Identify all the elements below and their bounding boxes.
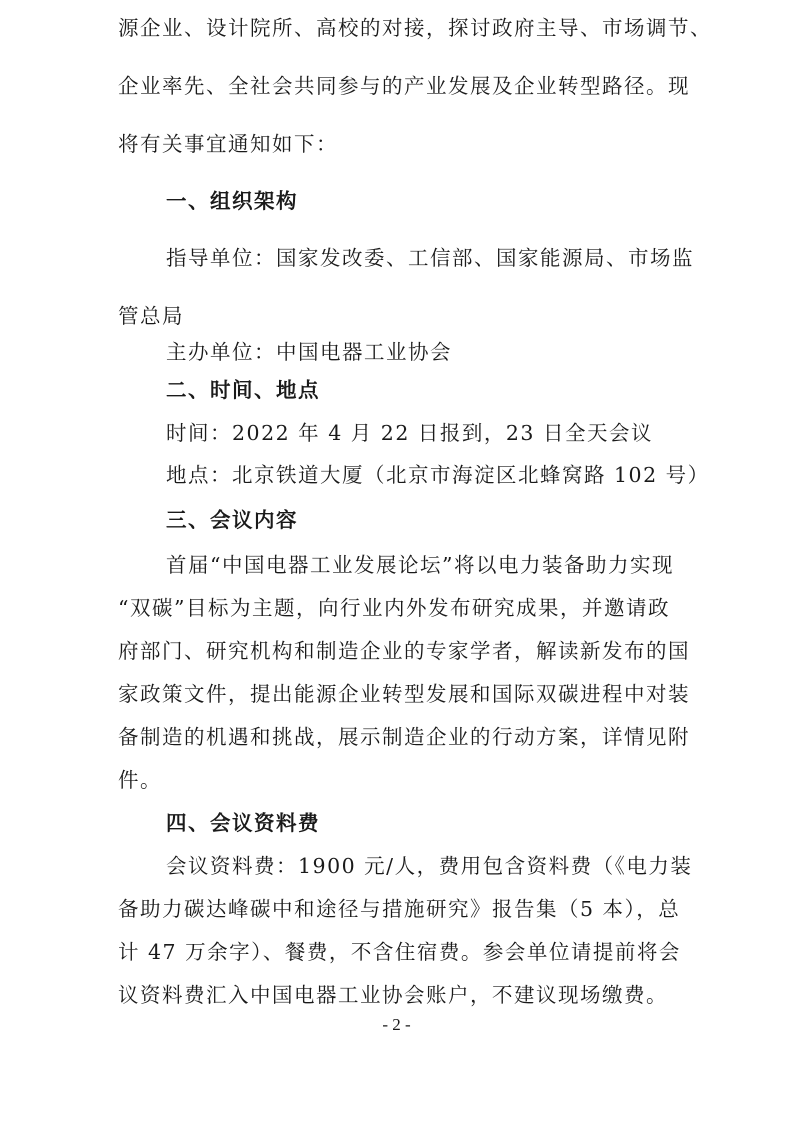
page-number: - 2 - <box>0 1015 793 1035</box>
section-heading: 一、组织架构 <box>166 187 736 215</box>
paragraph-line: 将有关事宜通知如下： <box>118 130 688 158</box>
section-heading: 二、时间、地点 <box>166 376 736 404</box>
paragraph-line: 家政策文件，提出能源企业转型发展和国际双碳进程中对装 <box>118 680 688 708</box>
paragraph-line: 地点：北京铁道大厦（北京市海淀区北蜂窝路 102 号） <box>166 461 736 489</box>
paragraph-line: 件。 <box>118 766 688 794</box>
paragraph-line: 备助力碳达峰碳中和途径与措施研究》报告集（5 本），总 <box>118 895 688 923</box>
paragraph-line: 会议资料费：1900 元/人，费用包含资料费（《电力装 <box>166 852 736 880</box>
paragraph-line: 备制造的机遇和挑战，展示制造企业的行动方案，详情见附 <box>118 723 688 751</box>
paragraph-line: 首届“中国电器工业发展论坛”将以电力装备助力实现 <box>166 551 736 579</box>
paragraph-line: 计 47 万余字）、餐费，不含住宿费。参会单位请提前将会 <box>118 938 688 966</box>
paragraph-line: 企业率先、全社会共同参与的产业发展及企业转型路径。现 <box>118 72 688 100</box>
paragraph-line: 时间：2022 年 4 月 22 日报到，23 日全天会议 <box>166 419 736 447</box>
paragraph-line: 管总局 <box>118 302 688 330</box>
section-heading: 四、会议资料费 <box>166 809 736 837</box>
paragraph-line: 府部门、研究机构和制造企业的专家学者，解读新发布的国 <box>118 637 688 665</box>
paragraph-line: 议资料费汇入中国电器工业协会账户，不建议现场缴费。 <box>118 981 688 1009</box>
paragraph-line: 源企业、设计院所、高校的对接，探讨政府主导、市场调节、 <box>118 14 688 42</box>
document-page: 源企业、设计院所、高校的对接，探讨政府主导、市场调节、企业率先、全社会共同参与的… <box>0 0 793 1122</box>
section-heading: 三、会议内容 <box>166 506 736 534</box>
paragraph-line: “双碳”目标为主题，向行业内外发布研究成果，并邀请政 <box>118 594 688 622</box>
paragraph-line: 指导单位：国家发改委、工信部、国家能源局、市场监 <box>166 244 736 272</box>
paragraph-line: 主办单位：中国电器工业协会 <box>166 338 736 366</box>
